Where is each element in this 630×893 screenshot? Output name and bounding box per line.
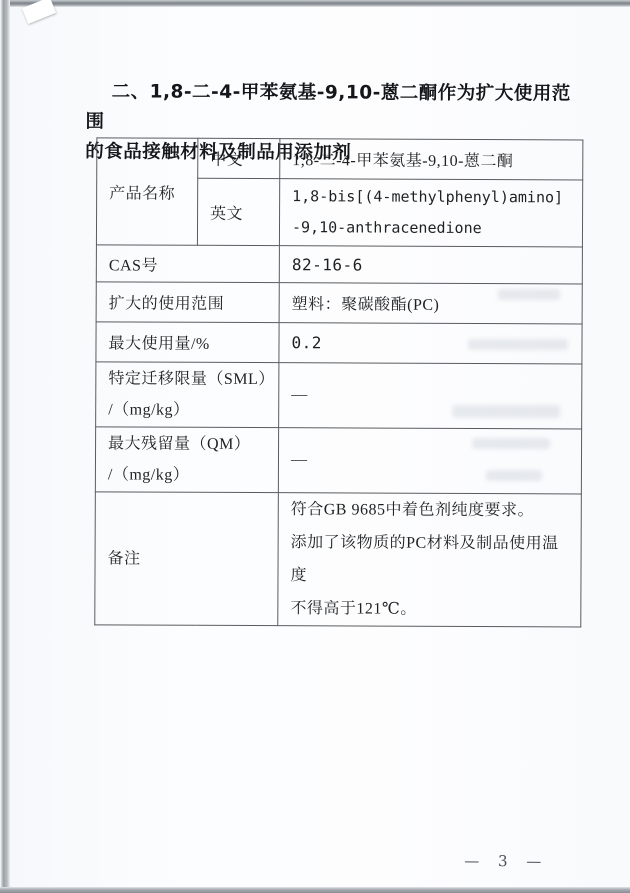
remarks-line3: 不得高于121℃。 [290,592,574,626]
table-row: CAS号 82-16-6 [96,245,582,284]
scope-value-cell: 塑料：聚碳酸酯(PC) [279,283,582,324]
table-row: 扩大的使用范围 塑料：聚碳酸酯(PC) [96,282,582,324]
page-number: — 3 — [464,852,542,870]
english-name-label-cell: 英文 [197,178,279,245]
sml-label-line1: 特定迁移限量（SML） [108,363,272,395]
substance-spec-table: 产品名称 中文 1,8-二-4-甲苯氨基-9,10-蒽二酮 英文 1,8-bis… [94,137,583,627]
english-name-line1: 1,8-bis[(4-methylphenyl)amino] [292,181,576,213]
max-usage-label-cell: 最大使用量/% [96,322,279,363]
remarks-label-cell: 备注 [95,492,279,626]
remarks-line1: 符合GB 9685中着色剂纯度要求。 [291,493,575,527]
chinese-name-value-cell: 1,8-二-4-甲苯氨基-9,10-蒽二酮 [280,139,583,180]
section-title-line1: 二、1,8-二-4-甲苯氨基-9,10-蒽二酮作为扩大使用范围 [85,77,577,139]
qm-value-cell: — [278,428,581,494]
sml-label-cell: 特定迁移限量（SML） /（mg/kg） [96,362,279,428]
product-name-label-cell: 产品名称 [96,138,197,245]
table-row: 最大残留量（QM） /（mg/kg） — [95,427,581,494]
table-row: 最大使用量/% 0.2 [96,322,582,364]
chinese-name-label-cell: 中文 [198,138,280,178]
table-row: 产品名称 中文 1,8-二-4-甲苯氨基-9,10-蒽二酮 [97,138,583,180]
scanned-document-page: 二、1,8-二-4-甲苯氨基-9,10-蒽二酮作为扩大使用范围 的食品接触材料及… [0,0,630,893]
table-row: 特定迁移限量（SML） /（mg/kg） — [96,362,582,429]
qm-label-line1: 最大残留量（QM） [108,428,272,460]
english-name-value-cell: 1,8-bis[(4-methylphenyl)amino] -9,10-ant… [279,179,582,247]
max-usage-value-cell: 0.2 [279,323,582,364]
sml-label-line2: /（mg/kg） [108,394,272,426]
english-name-line2: -9,10-anthracenedione [292,212,576,244]
qm-label-cell: 最大残留量（QM） /（mg/kg） [95,427,278,493]
page-content: 二、1,8-二-4-甲苯氨基-9,10-蒽二酮作为扩大使用范围 的食品接触材料及… [0,0,630,893]
qm-label-line2: /（mg/kg） [108,459,272,491]
remarks-line2: 添加了该物质的PC材料及制品使用温度 [290,526,574,593]
remarks-value-cell: 符合GB 9685中着色剂纯度要求。 添加了该物质的PC材料及制品使用温度 不得… [278,493,582,627]
cas-label-cell: CAS号 [96,245,279,283]
table-row: 备注 符合GB 9685中着色剂纯度要求。 添加了该物质的PC材料及制品使用温度… [95,492,582,627]
sml-value-cell: — [279,363,582,429]
scope-label-cell: 扩大的使用范围 [96,282,279,323]
cas-value-cell: 82-16-6 [279,246,582,284]
